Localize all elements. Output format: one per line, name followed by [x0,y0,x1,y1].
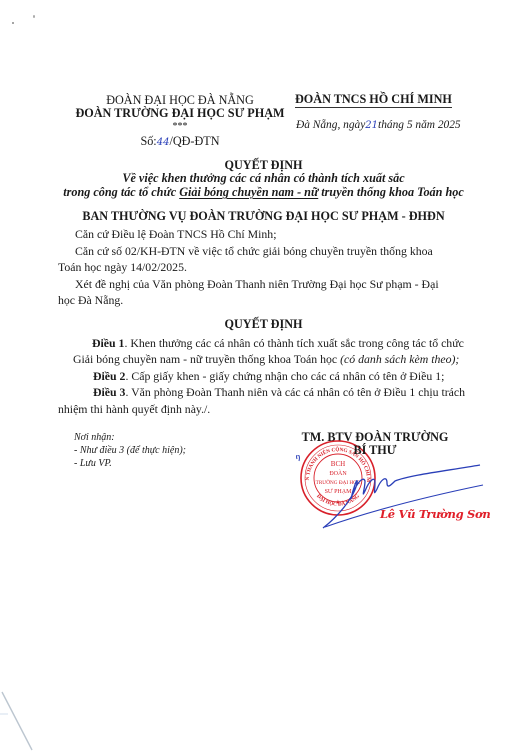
handwritten-signature [295,455,485,535]
subject-suffix: truyền thống khoa Toán học [318,185,464,199]
basis-3-line1: Xét đề nghị của Văn phòng Đoàn Thanh niê… [75,277,439,292]
article-3-line2: nhiệm thi hành quyết định này./. [58,402,210,417]
recipient-item: - Lưu VP. [74,458,112,469]
basis-3-line2: học Đà Nẵng. [58,293,123,308]
article-2-text: . Cấp giấy khen - giấy chứng nhận cho cá… [125,369,444,383]
recipient-item: - Như điều 3 (để thực hiện); [74,445,186,456]
decision-heading: QUYẾT ĐỊNH [0,317,527,332]
article-1-text: . Khen thưởng các cá nhân có thành tích … [124,336,463,350]
basis-1: Căn cứ Điều lệ Đoàn TNCS Hồ Chí Minh; [75,227,276,242]
article-3-line1: Điều 3. Văn phòng Đoàn Thanh niên và các… [93,385,465,400]
document-number: Số:44/QĐ-ĐTN [60,134,300,149]
recipients-label: Nơi nhận: [74,432,115,443]
article-1-note: (có danh sách kèm theo); [340,352,459,366]
doc-number-suffix: /QĐ-ĐTN [169,134,219,148]
date-prefix: Đà Nẵng, ngày [296,119,365,131]
article-1-text-cont: Giải bóng chuyền nam - nữ truyền thống k… [73,352,340,366]
issuing-organization: ĐOÀN TRƯỜNG ĐẠI HỌC SƯ PHẠM [60,106,300,121]
document-subject-line2: trong công tác tổ chức Giải bóng chuyền … [0,185,527,200]
basis-2-line2: Toán học ngày 14/02/2025. [58,260,187,275]
article-1-line1: Điều 1. Khen thưởng các cá nhân có thành… [92,336,464,351]
subject-underlined: Giải bóng chuyền nam - nữ [179,185,318,199]
scan-speck [12,22,14,24]
basis-2-line1: Căn cứ số 02/KH-ĐTN về việc tổ chức giải… [75,244,433,259]
article-3-label: Điều 3 [93,385,125,399]
header-separator: *** [60,121,300,132]
doc-number-prefix: Số: [140,134,156,148]
article-2: Điều 2. Cấp giấy khen - giấy chứng nhận … [93,369,444,384]
date-suffix: tháng 5 năm 2025 [378,119,461,131]
document-subject-line1: Về việc khen thưởng các cá nhân có thành… [0,171,527,186]
issuing-authority: BAN THƯỜNG VỤ ĐOÀN TRƯỜNG ĐẠI HỌC SƯ PHẠ… [0,209,527,224]
doc-number-handwritten: 44 [157,137,170,148]
date-day-handwritten: 21 [365,120,378,131]
scan-speck [33,15,35,18]
issue-date: Đà Nẵng, ngày21tháng 5 năm 2025 [296,119,461,131]
scan-fold-mark [0,690,40,751]
article-1-line2: Giải bóng chuyền nam - nữ truyền thống k… [73,352,459,367]
article-2-label: Điều 2 [93,369,125,383]
signatory-name: Lê Vũ Trường Sơn [380,507,490,521]
article-3-text: . Văn phòng Đoàn Thanh niên và các cá nh… [125,385,465,399]
national-org-header: ĐOÀN TNCS HỒ CHÍ MINH [295,92,452,108]
subject-prefix: trong công tác tổ chức [63,185,179,199]
article-1-label: Điều 1 [92,336,124,350]
